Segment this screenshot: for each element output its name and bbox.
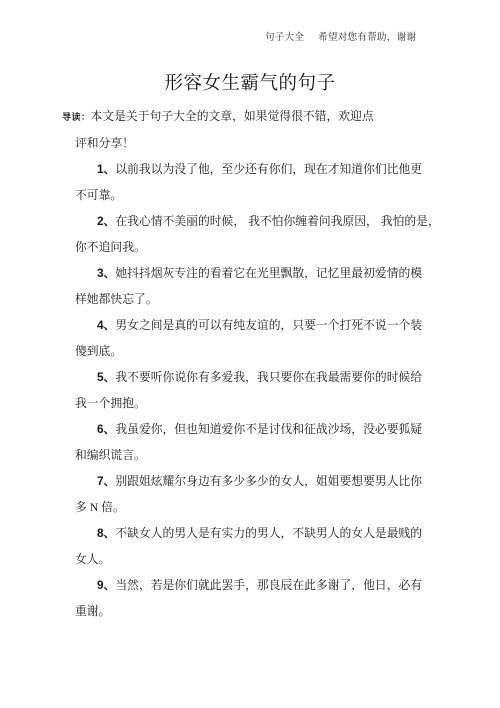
- item-text: 当然，若是你们就此罢手，那良辰在此多谢了，他日，必有 重谢。: [75, 578, 422, 618]
- sentence-item: 4、男女之间是真的可以有纯友谊的，只要一个打死不说一个装 傻到底。: [75, 312, 460, 364]
- page-header: 句子大全 希望对您有帮助，谢谢: [265, 32, 416, 44]
- item-text: 我虽爱你，但也知道爱你不是讨伐和征战沙场，没必要狐疑 和编织谎言。: [75, 422, 422, 462]
- item-number: 9、: [97, 578, 115, 592]
- sentence-item: 3、她抖抖烟灰专注的看着它在光里飘散，记忆里最初爱情的模 样她都快忘了。: [75, 260, 460, 312]
- document-body: 导读：本文是关于句子大全的文章，如果觉得很不错，欢迎点 评和分享！ 1、以前我以…: [75, 103, 460, 624]
- header-note: 希望对您有帮助，谢谢: [318, 32, 416, 44]
- item-number: 6、: [97, 422, 115, 436]
- lead-text: 本文是关于句子大全的文章，如果觉得很不错，欢迎点 评和分享！: [75, 109, 374, 150]
- site-name: 句子大全: [265, 32, 304, 44]
- sentence-item: 1、以前我以为没了他，至少还有你们，现在才知道你们比他更 不可靠。: [75, 156, 460, 208]
- item-text: 男女之间是真的可以有纯友谊的，只要一个打死不说一个装 傻到底。: [75, 318, 422, 358]
- sentence-item: 7、别跟姐炫耀尔身边有多少多少的女人，姐姐要想要男人比你 多 N 倍。: [75, 468, 460, 520]
- lead-paragraph: 导读：本文是关于句子大全的文章，如果觉得很不错，欢迎点 评和分享！: [75, 103, 460, 156]
- item-number: 3、: [97, 266, 115, 280]
- sentence-item: 8、不缺女人的男人是有实力的男人，不缺男人的女人是最贱的 女人。: [75, 520, 460, 572]
- item-text: 不缺女人的男人是有实力的男人，不缺男人的女人是最贱的 女人。: [75, 526, 422, 566]
- item-text: 我不要听你说你有多爱我，我只要你在我最需要你的时候给 我一个拥抱。: [75, 370, 422, 410]
- item-text: 在我心情不美丽的时候， 我不怕你缠着问我原因， 我怕的是， 你不追问我。: [75, 214, 440, 254]
- lead-label: 导读：: [62, 112, 91, 122]
- item-number: 4、: [97, 318, 115, 332]
- sentence-item: 6、我虽爱你，但也知道爱你不是讨伐和征战沙场，没必要狐疑 和编织谎言。: [75, 416, 460, 468]
- document-page: 句子大全 希望对您有帮助，谢谢 形容女生霸气的句子 导读：本文是关于句子大全的文…: [0, 0, 500, 708]
- page-title: 形容女生霸气的句子: [0, 74, 500, 95]
- item-text: 她抖抖烟灰专注的看着它在光里飘散，记忆里最初爱情的模 样她都快忘了。: [75, 266, 422, 306]
- item-number: 8、: [97, 526, 115, 540]
- sentence-item: 2、在我心情不美丽的时候， 我不怕你缠着问我原因， 我怕的是， 你不追问我。: [75, 208, 460, 260]
- item-text: 以前我以为没了他，至少还有你们，现在才知道你们比他更 不可靠。: [75, 162, 422, 202]
- item-text: 别跟姐炫耀尔身边有多少多少的女人，姐姐要想要男人比你 多 N 倍。: [75, 474, 422, 514]
- sentence-item: 9、当然，若是你们就此罢手，那良辰在此多谢了，他日，必有 重谢。: [75, 572, 460, 624]
- item-number: 7、: [97, 474, 115, 488]
- item-number: 1、: [97, 162, 115, 176]
- sentence-item: 5、我不要听你说你有多爱我，我只要你在我最需要你的时候给 我一个拥抱。: [75, 364, 460, 416]
- item-number: 5、: [97, 370, 115, 384]
- item-number: 2、: [97, 214, 115, 228]
